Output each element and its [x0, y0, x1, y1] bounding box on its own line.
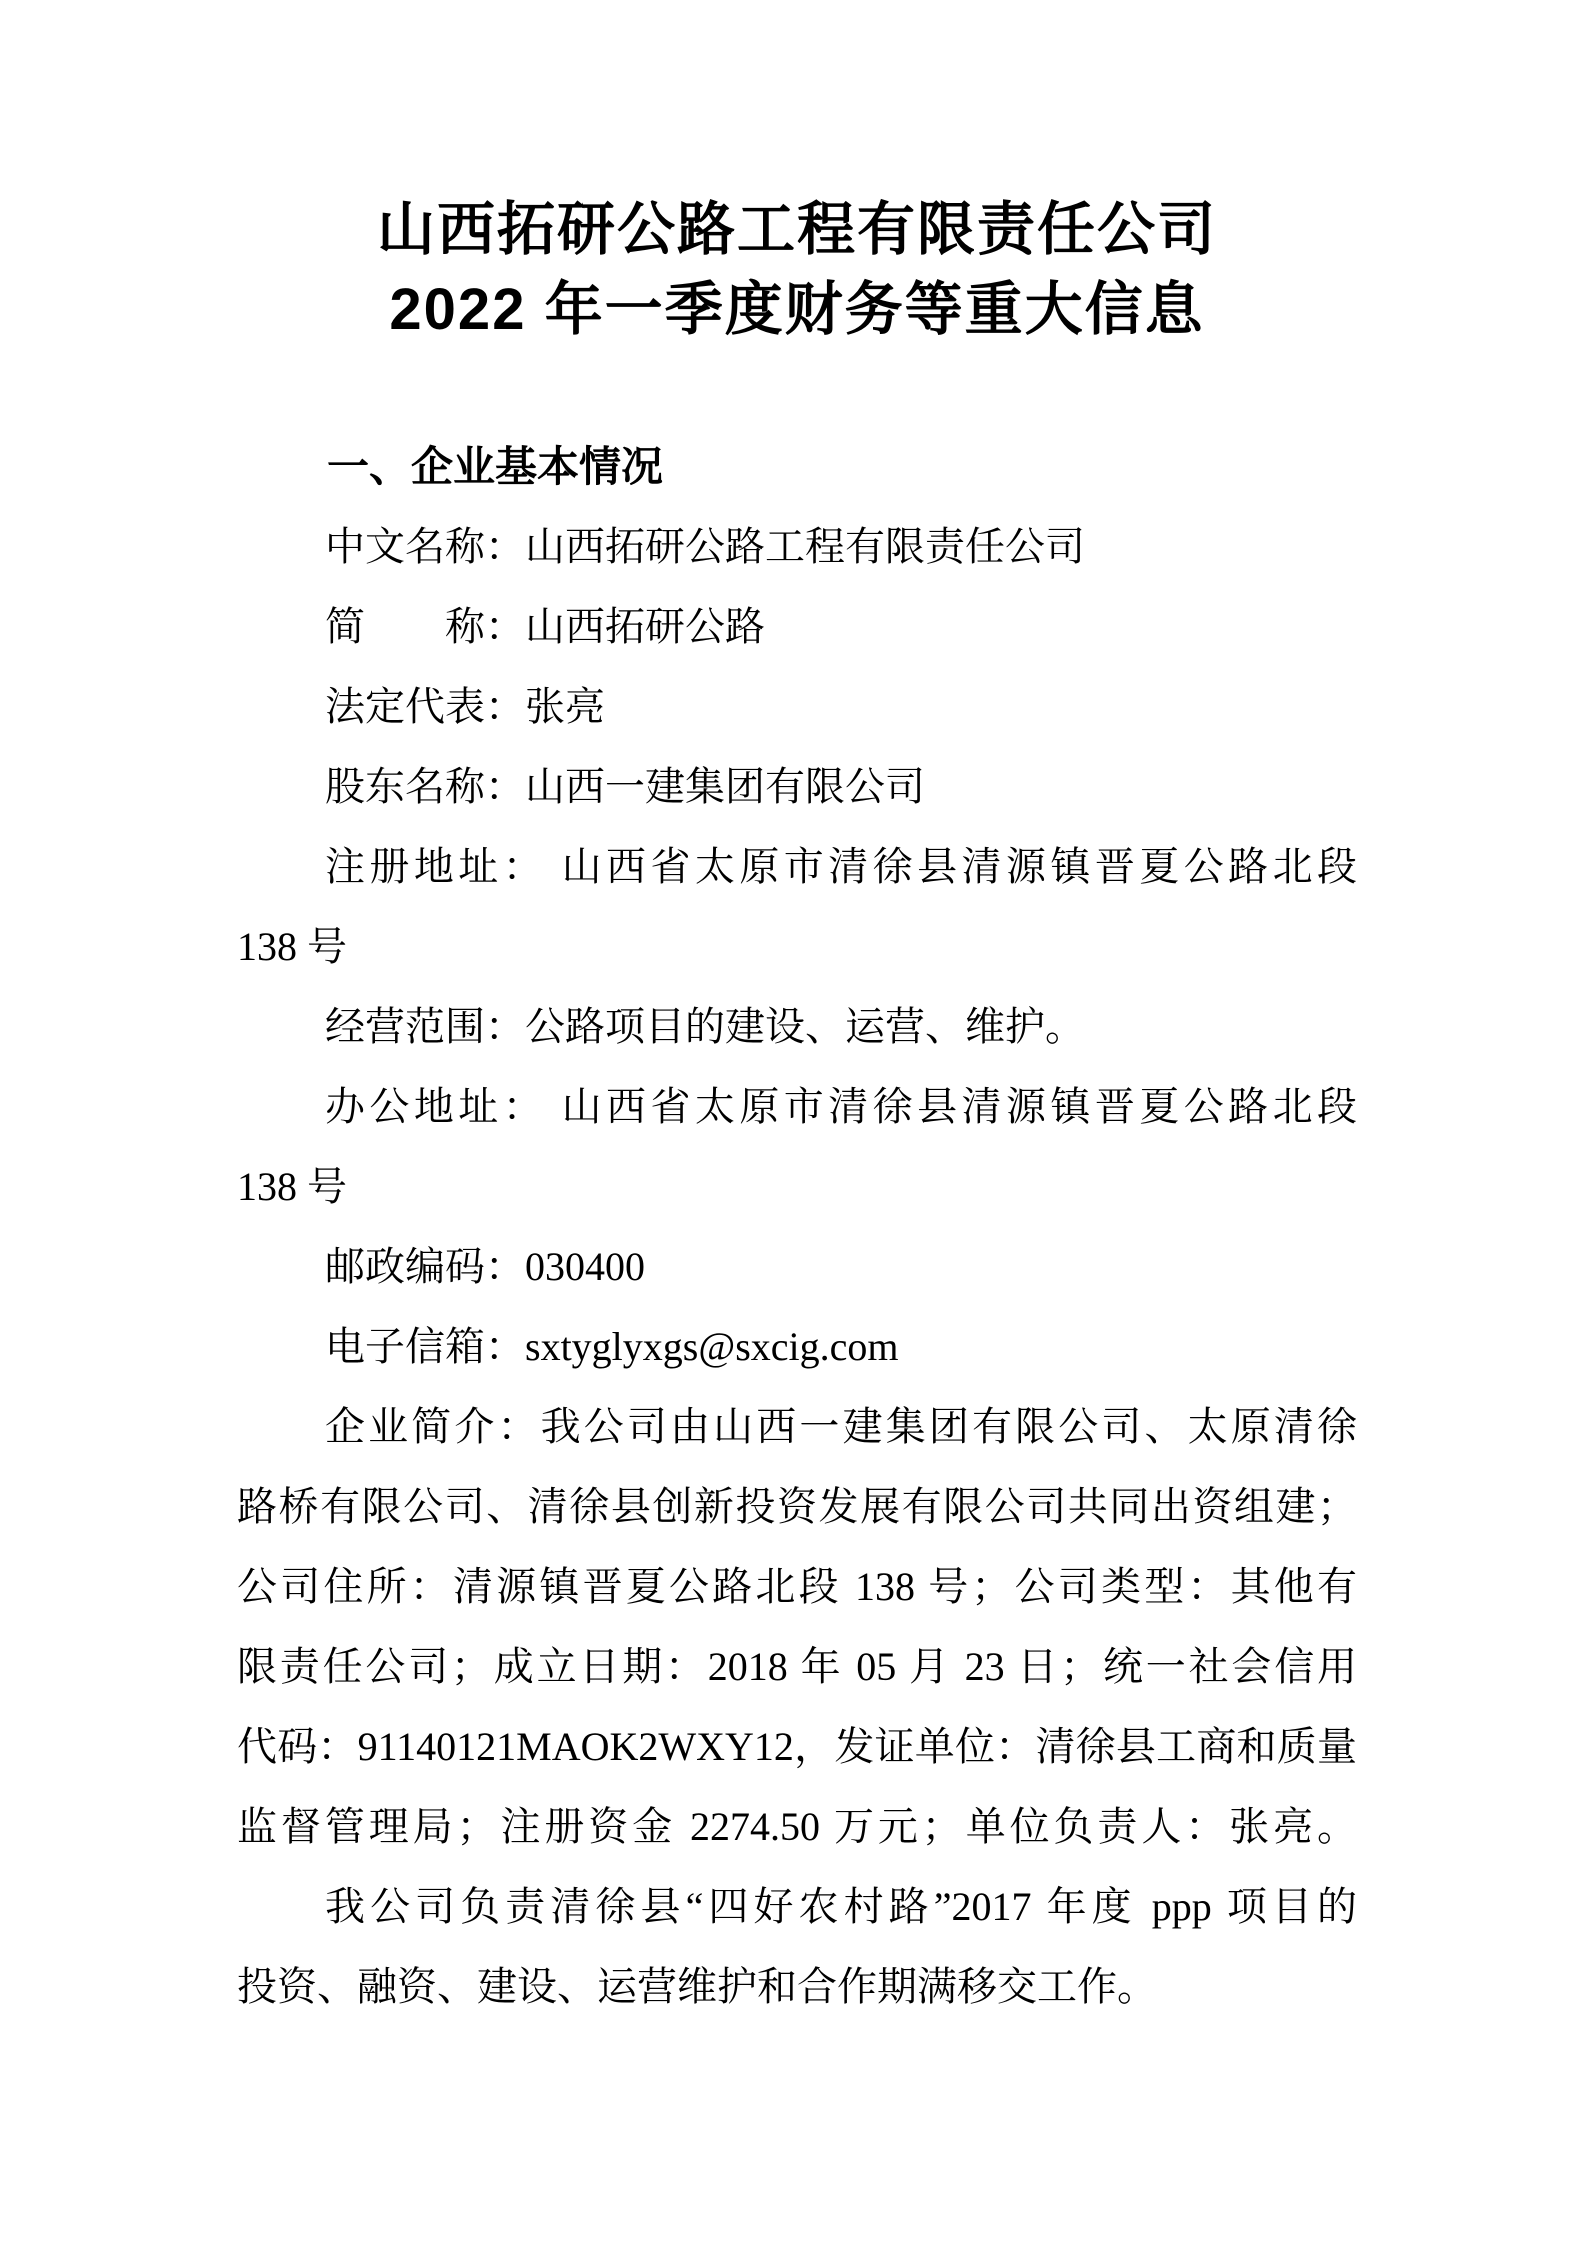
field-registered-address-continued: 138 号 [237, 907, 1357, 987]
field-chinese-name: 中文名称：山西拓研公路工程有限责任公司 [237, 507, 1357, 587]
paragraph-company-profile-line-5: 代码：91140121MAOK2WXY12，发证单位：清徐县工商和质量 [237, 1707, 1357, 1787]
paragraph-company-profile-line-3: 公司住所：清源镇晋夏公路北段 138 号；公司类型：其他有 [237, 1547, 1357, 1627]
page-title-line-2: 2022 年一季度财务等重大信息 [237, 270, 1357, 350]
document-content: 山西拓研公路工程有限责任公司 2022 年一季度财务等重大信息 一、企业基本情况… [0, 0, 1587, 2027]
field-legal-representative: 法定代表：张亮 [237, 667, 1357, 747]
page-title-line-1: 山西拓研公路工程有限责任公司 [237, 190, 1357, 270]
field-office-address: 办公地址： 山西省太原市清徐县清源镇晋夏公路北段 [237, 1067, 1357, 1147]
field-short-name: 简 称：山西拓研公路 [237, 587, 1357, 667]
document-page: 山西拓研公路工程有限责任公司 2022 年一季度财务等重大信息 一、企业基本情况… [0, 0, 1587, 2245]
field-office-address-continued: 138 号 [237, 1147, 1357, 1227]
paragraph-ppp-project-line-1: 我公司负责清徐县“四好农村路”2017 年度 ppp 项目的 [237, 1867, 1357, 1947]
paragraph-company-profile-line-2: 路桥有限公司、清徐县创新投资发展有限公司共同出资组建； [237, 1467, 1357, 1547]
field-registered-address: 注册地址： 山西省太原市清徐县清源镇晋夏公路北段 [237, 827, 1357, 907]
section-heading-basic-info: 一、企业基本情况 [237, 427, 1357, 507]
paragraph-company-profile-line-4: 限责任公司；成立日期：2018 年 05 月 23 日；统一社会信用 [237, 1627, 1357, 1707]
field-business-scope: 经营范围：公路项目的建设、运营、维护。 [237, 987, 1357, 1067]
paragraph-company-profile-line-1: 企业简介：我公司由山西一建集团有限公司、太原清徐 [237, 1387, 1357, 1467]
field-email: 电子信箱：sxtyglyxgs@sxcig.com [237, 1307, 1357, 1387]
field-postal-code: 邮政编码：030400 [237, 1227, 1357, 1307]
paragraph-ppp-project-line-2: 投资、融资、建设、运营维护和合作期满移交工作。 [237, 1947, 1357, 2027]
field-shareholder-name: 股东名称：山西一建集团有限公司 [237, 747, 1357, 827]
paragraph-company-profile-line-6: 监督管理局；注册资金 2274.50 万元；单位负责人：张亮。 [237, 1787, 1357, 1867]
